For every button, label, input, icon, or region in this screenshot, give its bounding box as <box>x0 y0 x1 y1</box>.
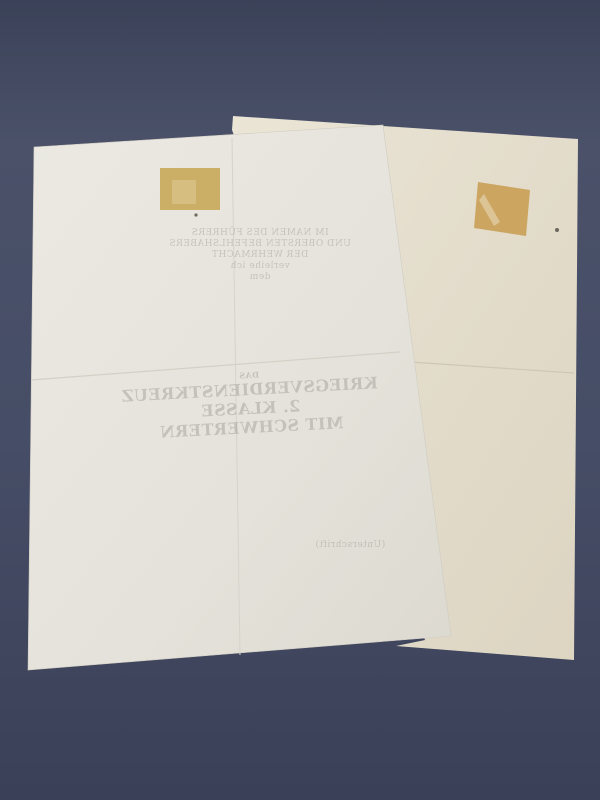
show-through-header: IM NAMEN DES FÜHRERS UND OBERSTEN BEFEHL… <box>140 228 380 283</box>
photo-scene: IM NAMEN DES FÜHRERS UND OBERSTEN BEFEHL… <box>0 0 600 800</box>
show-through-signature: (Unterschrift) <box>310 540 390 550</box>
front-document: IM NAMEN DES FÜHRERS UND OBERSTEN BEFEHL… <box>0 0 600 800</box>
